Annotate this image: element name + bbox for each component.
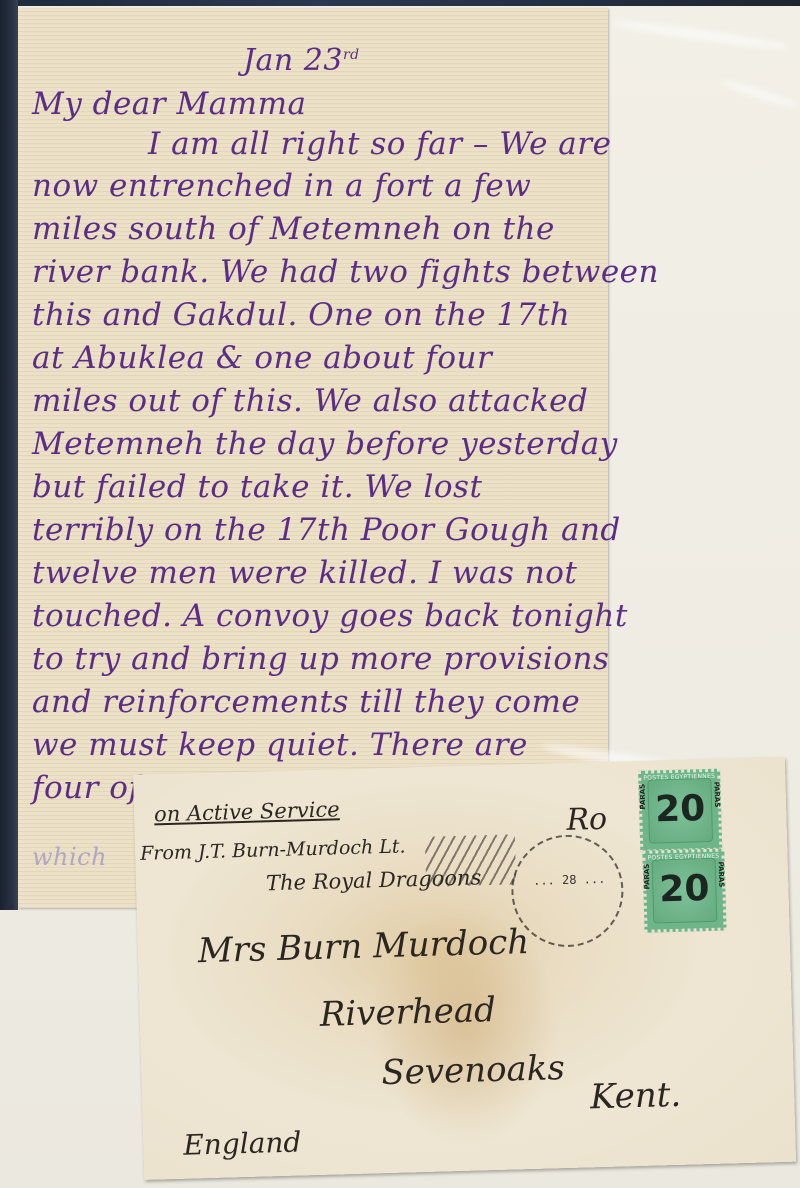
letter-line: miles out of this. We also attacked — [32, 383, 588, 419]
letter-line: this and Gakdul. One on the 17th — [32, 297, 570, 333]
address-county: Kent. — [590, 1075, 682, 1118]
letter-date: Jan 23rd — [243, 43, 360, 78]
envelope-active-service-header: on Active Service — [154, 797, 340, 826]
address-country: England — [183, 1125, 302, 1161]
postage-stamp: POSTES EGYPTIENNES PARAS PARAS 20 — [642, 849, 726, 933]
letter-line: Metemneh the day before yesterday — [32, 426, 618, 462]
letter-line: now entrenched in a fort a few — [32, 168, 531, 204]
letter-line: miles south of Metemneh on the — [32, 211, 555, 247]
letter-line: terribly on the 17th Poor Gough and — [32, 512, 621, 548]
stamp-value: 20 — [646, 868, 723, 911]
postmark-text: ... 28 ... — [533, 872, 606, 888]
envelope: on Active Service From J.T. Burn-Murdoch… — [133, 757, 796, 1180]
letter-line: touched. A convoy goes back tonight — [32, 598, 628, 634]
letter-line: and reinforcements till they come — [32, 684, 580, 720]
sleeve-top-edge — [0, 0, 800, 6]
letter-line: we must keep quiet. There are — [32, 727, 528, 763]
letter-faint-text: which — [32, 843, 107, 871]
postage-stamp: POSTES EGYPTIENNES PARAS PARAS 20 — [638, 769, 722, 853]
letter-line: river bank. We had two fights between — [32, 254, 659, 290]
envelope-annotation: Ro — [566, 802, 608, 838]
envelope-sender: From J.T. Burn-Murdoch Lt. — [140, 835, 406, 864]
letter-line: to try and bring up more provisions — [32, 641, 609, 677]
stamp-value: 20 — [642, 788, 719, 831]
cancellation-lines — [425, 834, 516, 886]
letter-line: twelve men were killed. I was not — [32, 555, 577, 591]
letter-salutation: My dear Mamma — [32, 86, 306, 122]
address-line-2: Sevenoaks — [381, 1048, 565, 1093]
address-line-1: Riverhead — [319, 990, 496, 1035]
sleeve-left-edge — [0, 0, 18, 910]
letter-line: but failed to take it. We lost — [32, 469, 482, 505]
letter-line: at Abuklea & one about four — [32, 340, 492, 376]
letter-line: I am all right so far – We are — [148, 126, 611, 162]
